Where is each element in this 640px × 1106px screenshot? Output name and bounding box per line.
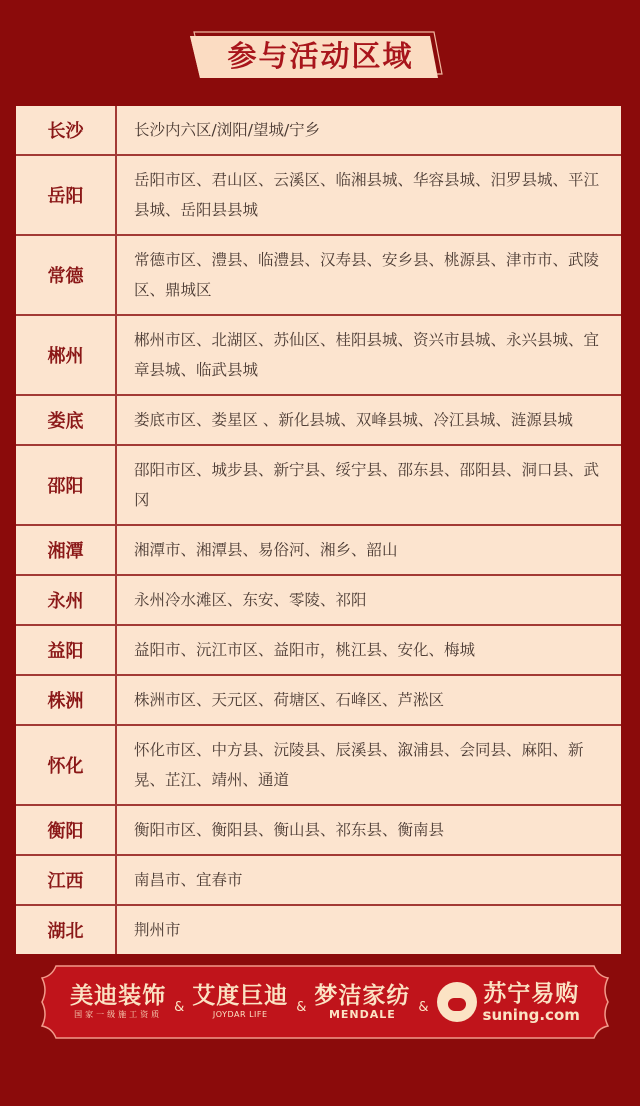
table-row: 江西 南昌市、宜春市 <box>16 855 621 905</box>
table-row: 郴州 郴州市区、北湖区、苏仙区、桂阳县城、资兴市县城、永兴县城、宜章县城、临武县… <box>16 315 621 395</box>
city-name: 常德 <box>16 235 116 315</box>
ampersand: & <box>174 1000 184 1015</box>
table-row: 株洲 株洲市区、天元区、荷塘区、石峰区、芦淞区 <box>16 675 621 725</box>
city-areas: 邵阳市区、城步县、新宁县、绥宁县、邵东县、邵阳县、洞口县、武冈 <box>116 445 621 525</box>
brand-logo-joydar: 艾度巨迪 JOYDAR LIFE <box>192 983 288 1021</box>
city-areas: 长沙内六区/浏阳/望城/宁乡 <box>116 106 621 155</box>
city-name: 湖北 <box>16 905 116 954</box>
suning-lion-icon <box>437 982 477 1022</box>
city-areas: 衡阳市区、衡阳县、衡山县、祁东县、衡南县 <box>116 805 621 855</box>
brand-name: 艾度巨迪 <box>192 983 288 1009</box>
ampersand: & <box>418 1000 428 1015</box>
city-name: 株洲 <box>16 675 116 725</box>
city-areas: 岳阳市区、君山区、云溪区、临湘县城、华容县城、汨罗县城、平江县城、岳阳县县城 <box>116 155 621 235</box>
city-areas: 怀化市区、中方县、沅陵县、辰溪县、溆浦县、会同县、麻阳、新晃、芷江、靖州、通道 <box>116 725 621 805</box>
brand-logo-meidi: 美迪装饰 国家一级施工资质 <box>70 983 166 1021</box>
table-row: 岳阳 岳阳市区、君山区、云溪区、临湘县城、华容县城、汨罗县城、平江县城、岳阳县县… <box>16 155 621 235</box>
city-areas: 娄底市区、娄星区 、新化县城、双峰县城、冷江县城、涟源县城 <box>116 395 621 445</box>
city-areas: 湘潭市、湘潭县、易俗河、湘乡、韶山 <box>116 525 621 575</box>
brand-sub: JOYDAR LIFE <box>213 1009 268 1021</box>
brand-name: 苏宁易购 <box>483 981 579 1007</box>
city-name: 永州 <box>16 575 116 625</box>
brand-name: 美迪装饰 <box>70 983 166 1009</box>
city-name: 益阳 <box>16 625 116 675</box>
table-row: 永州 永州冷水滩区、东安、零陵、祁阳 <box>16 575 621 625</box>
brand-sub: suning.com <box>483 1007 580 1023</box>
table-row: 怀化 怀化市区、中方县、沅陵县、辰溪县、溆浦县、会同县、麻阳、新晃、芷江、靖州、… <box>16 725 621 805</box>
city-areas: 荆州市 <box>116 905 621 954</box>
sponsor-logos: 美迪装饰 国家一级施工资质 & 艾度巨迪 JOYDAR LIFE & 梦洁家纺 … <box>36 962 614 1042</box>
city-name: 怀化 <box>16 725 116 805</box>
suning-text: 苏宁易购 suning.com <box>483 981 580 1023</box>
ampersand: & <box>296 1000 306 1015</box>
city-areas: 南昌市、宜春市 <box>116 855 621 905</box>
city-areas: 常德市区、澧县、临澧县、汉寿县、安乡县、桃源县、津市市、武陵区、鼎城区 <box>116 235 621 315</box>
table-row: 邵阳 邵阳市区、城步县、新宁县、绥宁县、邵东县、邵阳县、洞口县、武冈 <box>16 445 621 525</box>
table-row: 娄底 娄底市区、娄星区 、新化县城、双峰县城、冷江县城、涟源县城 <box>16 395 621 445</box>
city-areas: 永州冷水滩区、东安、零陵、祁阳 <box>116 575 621 625</box>
city-name: 邵阳 <box>16 445 116 525</box>
city-name: 衡阳 <box>16 805 116 855</box>
table-row: 湖北 荆州市 <box>16 905 621 954</box>
brand-logo-suning: 苏宁易购 suning.com <box>437 981 580 1023</box>
city-areas: 益阳市、沅江市区、益阳市，桃江县、安化、梅城 <box>116 625 621 675</box>
brand-sub: MENDALE <box>329 1009 396 1021</box>
city-name: 长沙 <box>16 106 116 155</box>
brand-name: 梦洁家纺 <box>314 983 410 1009</box>
city-areas: 郴州市区、北湖区、苏仙区、桂阳县城、资兴市县城、永兴县城、宜章县城、临武县城 <box>116 315 621 395</box>
region-table: 长沙 长沙内六区/浏阳/望城/宁乡 岳阳 岳阳市区、君山区、云溪区、临湘县城、华… <box>16 106 621 954</box>
table-row: 湘潭 湘潭市、湘潭县、易俗河、湘乡、韶山 <box>16 525 621 575</box>
sponsor-banner: 美迪装饰 国家一级施工资质 & 艾度巨迪 JOYDAR LIFE & 梦洁家纺 … <box>36 962 614 1042</box>
title-banner: 参与活动区域 <box>190 30 445 78</box>
page-title: 参与活动区域 <box>190 30 445 78</box>
city-name: 江西 <box>16 855 116 905</box>
table-row: 长沙 长沙内六区/浏阳/望城/宁乡 <box>16 106 621 155</box>
city-name: 湘潭 <box>16 525 116 575</box>
table-row: 益阳 益阳市、沅江市区、益阳市，桃江县、安化、梅城 <box>16 625 621 675</box>
city-areas: 株洲市区、天元区、荷塘区、石峰区、芦淞区 <box>116 675 621 725</box>
table-row: 衡阳 衡阳市区、衡阳县、衡山县、祁东县、衡南县 <box>16 805 621 855</box>
city-name: 娄底 <box>16 395 116 445</box>
city-name: 郴州 <box>16 315 116 395</box>
brand-sub: 国家一级施工资质 <box>74 1009 162 1021</box>
city-name: 岳阳 <box>16 155 116 235</box>
brand-logo-mendale: 梦洁家纺 MENDALE <box>314 983 410 1021</box>
table-row: 常德 常德市区、澧县、临澧县、汉寿县、安乡县、桃源县、津市市、武陵区、鼎城区 <box>16 235 621 315</box>
